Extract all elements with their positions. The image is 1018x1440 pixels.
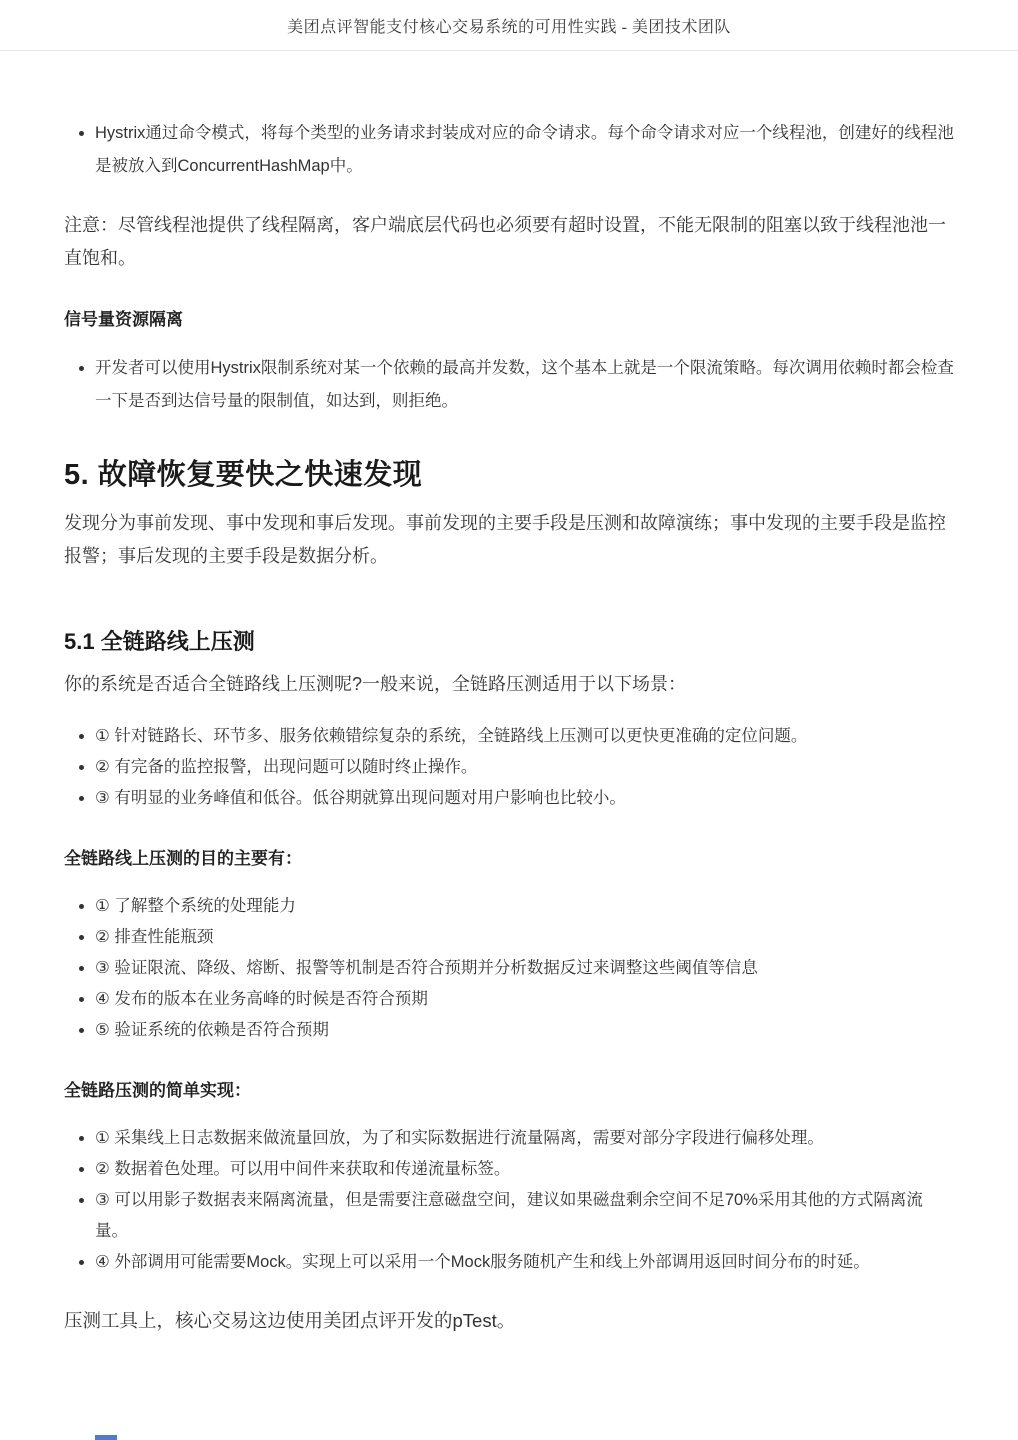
bottom-cutoff-element [95, 1435, 117, 1440]
page-title: 美团点评智能支付核心交易系统的可用性实践 - 美团技术团队 [287, 14, 731, 37]
hystrix-list: Hystrix通过命令模式，将每个类型的业务请求封装成对应的命令请求。每个命令请… [64, 117, 954, 183]
list-item: ② 有完备的监控报警，出现问题可以随时终止操作。 [64, 752, 954, 783]
bullet-dot-icon [79, 1028, 84, 1033]
list-item: ③ 验证限流、降级、熔断、报警等机制是否符合预期并分析数据反过来调整这些阈值等信… [64, 953, 954, 984]
list-item-text: ② 排查性能瓶颈 [95, 928, 213, 946]
list-item-text: ③ 有明显的业务峰值和低谷。低谷期就算出现问题对用户影响也比较小。 [95, 789, 626, 807]
list-item: ⑤ 验证系统的依赖是否符合预期 [64, 1015, 954, 1046]
section51-heading: 5.1 全链路线上压测 [64, 625, 954, 656]
list-item-text: 开发者可以使用Hystrix限制系统对某一个依赖的最高并发数，这个基本上就是一个… [95, 359, 954, 410]
bullet-dot-icon [79, 1260, 84, 1265]
list-item-text: Hystrix通过命令模式，将每个类型的业务请求封装成对应的命令请求。每个命令请… [95, 124, 954, 175]
implementation-heading: 全链路压测的简单实现： [64, 1076, 954, 1101]
list-item-text: ② 数据着色处理。可以用中间件来获取和传递流量标签。 [95, 1160, 510, 1178]
list-item: ① 采集线上日志数据来做流量回放，为了和实际数据进行流量隔离，需要对部分字段进行… [64, 1123, 954, 1154]
list-item: ④ 外部调用可能需要Mock。实现上可以采用一个Mock服务随机产生和线上外部调… [64, 1247, 954, 1278]
section5-intro: 发现分为事前发现、事中发现和事后发现。事前发现的主要手段是压测和故障演练；事中发… [64, 507, 954, 573]
bullet-dot-icon [79, 935, 84, 940]
article-body: Hystrix通过命令模式，将每个类型的业务请求封装成对应的命令请求。每个命令请… [0, 51, 1018, 1337]
list-item-text: ③ 验证限流、降级、熔断、报警等机制是否符合预期并分析数据反过来调整这些阈值等信… [95, 959, 758, 977]
bullet-dot-icon [79, 1136, 84, 1141]
implementation-list: ① 采集线上日志数据来做流量回放，为了和实际数据进行流量隔离，需要对部分字段进行… [64, 1123, 954, 1278]
header-bar: 美团点评智能支付核心交易系统的可用性实践 - 美团技术团队 [0, 0, 1018, 51]
list-item: ② 数据着色处理。可以用中间件来获取和传递流量标签。 [64, 1154, 954, 1185]
list-item-text: ⑤ 验证系统的依赖是否符合预期 [95, 1021, 329, 1039]
list-item: 开发者可以使用Hystrix限制系统对某一个依赖的最高并发数，这个基本上就是一个… [64, 352, 954, 418]
list-item: ③ 有明显的业务峰值和低谷。低谷期就算出现问题对用户影响也比较小。 [64, 783, 954, 814]
purpose-list: ① 了解整个系统的处理能力 ② 排查性能瓶颈 ③ 验证限流、降级、熔断、报警等机… [64, 891, 954, 1046]
bullet-dot-icon [79, 366, 84, 371]
list-item: ① 了解整个系统的处理能力 [64, 891, 954, 922]
list-item-text: ① 了解整个系统的处理能力 [95, 897, 296, 915]
list-item-text: ② 有完备的监控报警，出现问题可以随时终止操作。 [95, 758, 477, 776]
list-item-text: ④ 发布的版本在业务高峰的时候是否符合预期 [95, 990, 428, 1008]
note-paragraph: 注意：尽管线程池提供了线程隔离，客户端底层代码也必须要有超时设置，不能无限制的阻… [64, 209, 954, 275]
bullet-dot-icon [79, 904, 84, 909]
bullet-dot-icon [79, 796, 84, 801]
semaphore-list: 开发者可以使用Hystrix限制系统对某一个依赖的最高并发数，这个基本上就是一个… [64, 352, 954, 418]
bullet-dot-icon [79, 765, 84, 770]
ptest-paragraph: 压测工具上，核心交易这边使用美团点评开发的pTest。 [64, 1304, 954, 1337]
list-item-text: ① 针对链路长、环节多、服务依赖错综复杂的系统，全链路线上压测可以更快更准确的定… [95, 727, 807, 745]
section51-intro: 你的系统是否适合全链路线上压测呢?一般来说，全链路压测适用于以下场景： [64, 668, 954, 701]
list-item: ③ 可以用影子数据表来隔离流量，但是需要注意磁盘空间，建议如果磁盘剩余空间不足7… [64, 1185, 954, 1247]
list-item: Hystrix通过命令模式，将每个类型的业务请求封装成对应的命令请求。每个命令请… [64, 117, 954, 183]
bullet-dot-icon [79, 997, 84, 1002]
list-item: ② 排查性能瓶颈 [64, 922, 954, 953]
list-item-text: ④ 外部调用可能需要Mock。实现上可以采用一个Mock服务随机产生和线上外部调… [95, 1253, 870, 1271]
scenario-list: ① 针对链路长、环节多、服务依赖错综复杂的系统，全链路线上压测可以更快更准确的定… [64, 721, 954, 814]
list-item-text: ③ 可以用影子数据表来隔离流量，但是需要注意磁盘空间，建议如果磁盘剩余空间不足7… [95, 1191, 923, 1240]
document-page: 美团点评智能支付核心交易系统的可用性实践 - 美团技术团队 Hystrix通过命… [0, 0, 1018, 1440]
bullet-dot-icon [79, 1167, 84, 1172]
list-item: ④ 发布的版本在业务高峰的时候是否符合预期 [64, 984, 954, 1015]
list-item: ① 针对链路长、环节多、服务依赖错综复杂的系统，全链路线上压测可以更快更准确的定… [64, 721, 954, 752]
bullet-dot-icon [79, 734, 84, 739]
section5-heading: 5. 故障恢复要快之快速发现 [64, 452, 954, 493]
bullet-dot-icon [79, 131, 84, 136]
semaphore-heading: 信号量资源隔离 [64, 305, 954, 330]
bullet-dot-icon [79, 1198, 84, 1203]
bullet-dot-icon [79, 966, 84, 971]
list-item-text: ① 采集线上日志数据来做流量回放，为了和实际数据进行流量隔离，需要对部分字段进行… [95, 1129, 824, 1147]
purpose-heading: 全链路线上压测的目的主要有： [64, 844, 954, 869]
